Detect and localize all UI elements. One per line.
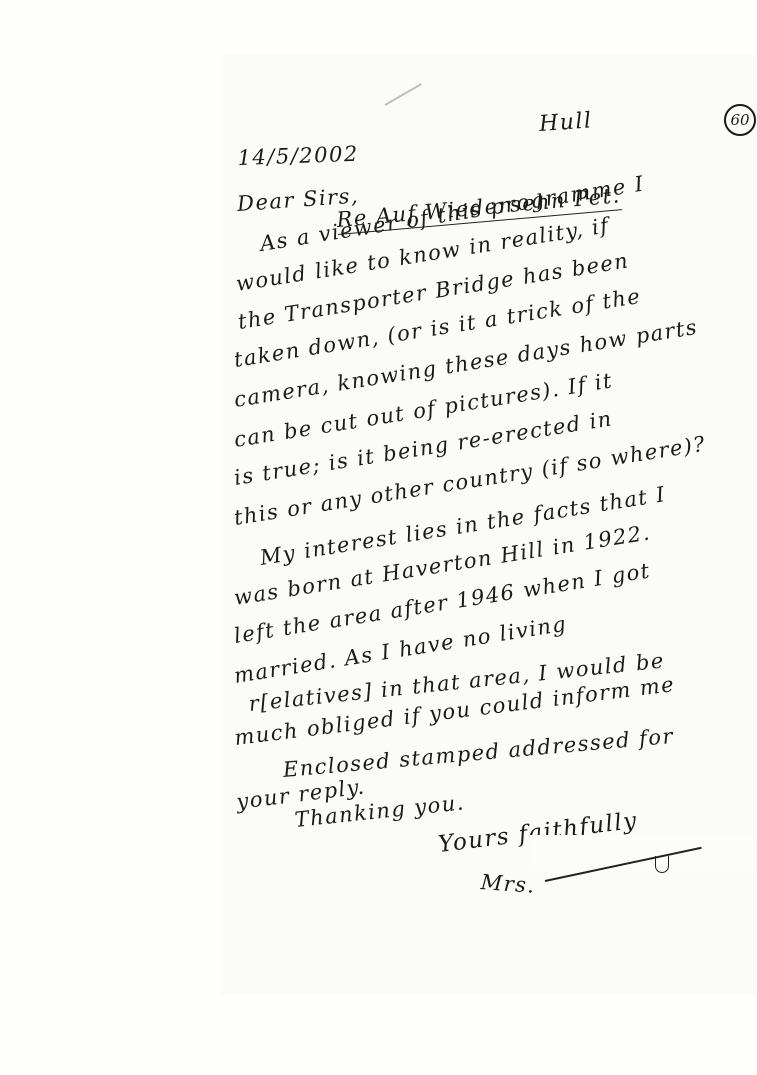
page-number-badge: 60 <box>724 104 756 136</box>
letter-page: Hull 60 14/5/2002 Dear Sirs, Re Auf Wied… <box>0 0 757 1075</box>
place-name: Hull <box>538 108 593 137</box>
letter-date: 14/5/2002 <box>237 142 359 170</box>
signature-loop <box>655 856 669 873</box>
redacted-signature-area <box>530 835 755 870</box>
signature-prefix: Mrs. <box>480 870 537 898</box>
